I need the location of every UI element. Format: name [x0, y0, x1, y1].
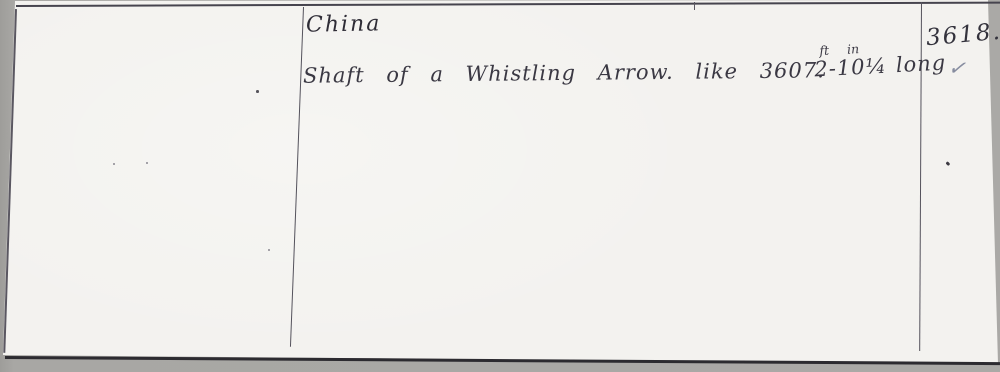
ink-speck — [268, 249, 270, 251]
ink-speck — [146, 162, 148, 164]
ink-speck — [113, 163, 115, 165]
top-edge-tick — [694, 2, 695, 10]
ink-speck — [256, 90, 259, 93]
scan-surface: China Shaft of a Whistling Arrow. like 3… — [0, 0, 1000, 372]
check-mark-icon: ✓ — [947, 55, 967, 81]
region-label: China — [306, 11, 382, 37]
unit-inches-label: in — [847, 43, 860, 56]
measurement-suffix: long — [895, 51, 947, 78]
unit-feet-label: ft — [819, 45, 829, 57]
measurement-value: 2-10¼ — [814, 54, 888, 82]
